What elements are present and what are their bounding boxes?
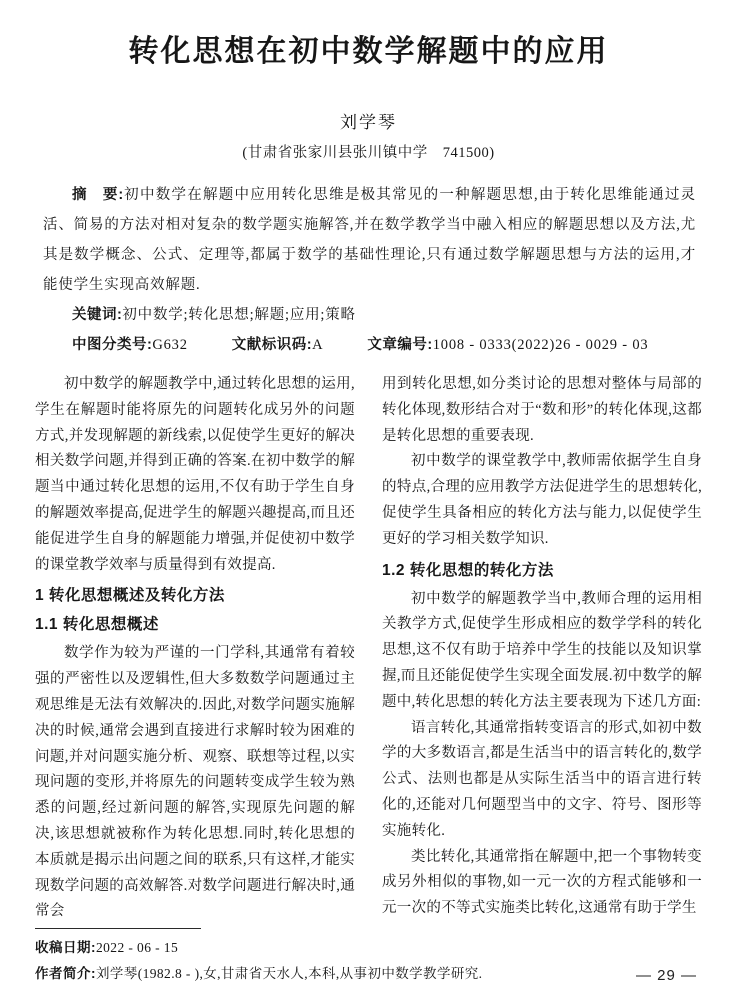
section-heading-1-2: 1.2 转化思想的转化方法 — [382, 560, 702, 582]
paragraph-language-transform: 语言转化,其通常指转变语言的形式,如初中数学的大多数语言,都是生活当中的语言转化… — [382, 716, 702, 845]
paragraph-intro: 初中数学的解题教学中,通过转化思想的运用,学生在解题时能将原先的问题转化成另外的… — [35, 372, 355, 578]
article-id-label: 文章编号: — [367, 337, 432, 353]
classification-line: 中图分类号:G632文献标识码:A文章编号:1008 - 0333(2022)2… — [43, 330, 696, 360]
affiliation: (甘肃省张家川县张川镇中学 741500) — [35, 141, 702, 162]
received-date-line: 收稿日期:2022 - 06 - 15 — [35, 935, 702, 961]
keywords-text: 初中数学;转化思想;解题;应用;策略 — [122, 307, 356, 323]
received-date-label: 收稿日期: — [35, 940, 96, 955]
article-id: 文章编号:1008 - 0333(2022)26 - 0029 - 03 — [367, 337, 648, 353]
abstract-label: 摘 要: — [72, 187, 124, 203]
page-title: 转化思想在初中数学解题中的应用 — [35, 34, 702, 70]
paragraph-overview: 数学作为较为严谨的一门学科,其通常有着较强的严密性以及逻辑性,但大多数数学问题通… — [35, 641, 355, 925]
right-column: 用到转化思想,如分类讨论的思想对整体与局部的转化体现,数形结合对于“数和形”的转… — [382, 372, 702, 925]
footnote-divider — [35, 928, 201, 929]
keywords: 关键词:初中数学;转化思想;解题;应用;策略 — [43, 300, 696, 330]
article-id-value: 1008 - 0333(2022)26 - 0029 - 03 — [433, 337, 649, 353]
left-column: 初中数学的解题教学中,通过转化思想的运用,学生在解题时能将原先的问题转化成另外的… — [35, 372, 355, 925]
document-code-label: 文献标识码: — [232, 337, 312, 353]
abstract: 摘 要:初中数学在解题中应用转化思维是极其常见的一种解题思想,由于转化思维能通过… — [43, 180, 696, 300]
author-name: 刘学琴 — [35, 108, 702, 133]
clc-label: 中图分类号: — [72, 337, 152, 353]
section-heading-1: 1 转化思想概述及转化方法 — [35, 585, 355, 607]
author-bio-value: 刘学琴(1982.8 - ),女,甘肃省天水人,本科,从事初中数学教学研究. — [96, 966, 482, 981]
clc-value: G632 — [152, 337, 187, 353]
page-number: — 29 — — [636, 967, 697, 984]
received-date-value: 2022 - 06 - 15 — [96, 940, 178, 955]
article-body: 初中数学的解题教学中,通过转化思想的运用,学生在解题时能将原先的问题转化成另外的… — [35, 372, 702, 925]
author-bio-label: 作者简介: — [35, 966, 96, 981]
paragraph-continued: 用到转化思想,如分类讨论的思想对整体与局部的转化体现,数形结合对于“数和形”的转… — [382, 372, 702, 449]
author-bio-line: 作者简介:刘学琴(1982.8 - ),女,甘肃省天水人,本科,从事初中数学教学… — [35, 961, 702, 987]
document-code: 文献标识码:A — [232, 337, 324, 353]
abstract-text: 初中数学在解题中应用转化思维是极其常见的一种解题思想,由于转化思维能通过灵活、简… — [43, 187, 696, 293]
journal-page: 转化思想在初中数学解题中的应用 刘学琴 (甘肃省张家川县张川镇中学 741500… — [0, 0, 737, 1000]
keywords-label: 关键词: — [72, 307, 122, 323]
clc-number: 中图分类号:G632 — [72, 337, 188, 353]
paragraph-analogy-transform: 类比转化,其通常指在解题中,把一个事物转变成另外相似的事物,如一元一次的方程式能… — [382, 845, 702, 922]
paragraph-teaching: 初中数学的课堂教学中,教师需依据学生自身的特点,合理的应用教学方法促进学生的思想… — [382, 449, 702, 552]
footnote: 收稿日期:2022 - 06 - 15 作者简介:刘学琴(1982.8 - ),… — [35, 928, 702, 987]
document-code-value: A — [312, 337, 323, 353]
paragraph-methods: 初中数学的解题教学当中,教师合理的运用相关教学方式,促使学生形成相应的数学学科的… — [382, 587, 702, 716]
section-heading-1-1: 1.1 转化思想概述 — [35, 614, 355, 636]
meta-block: 摘 要:初中数学在解题中应用转化思维是极其常见的一种解题思想,由于转化思维能通过… — [43, 180, 696, 360]
